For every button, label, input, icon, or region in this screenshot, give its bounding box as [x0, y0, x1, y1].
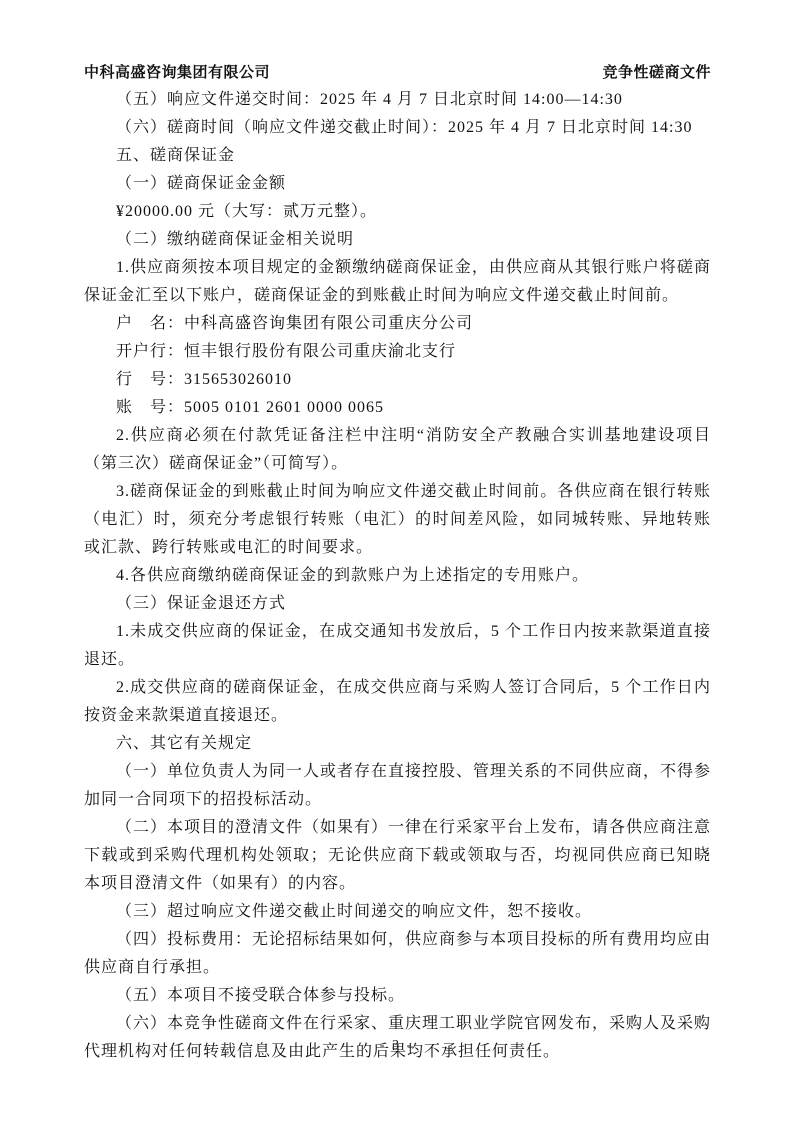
- para-deposit-payment-item-1: 1.供应商须按本项目规定的金额缴纳磋商保证金，由供应商从其银行账户将磋商保证金汇…: [84, 254, 711, 310]
- para-other-rule-5: （五）本项目不接受联合体参与投标。: [84, 982, 711, 1010]
- para-other-rule-4: （四）投标费用：无论招标结果如何，供应商参与本项目投标的所有费用均应由供应商自行…: [84, 926, 711, 982]
- heading-section-6-other-rules: 六、其它有关规定: [84, 730, 711, 758]
- para-refund-method-title: （三）保证金退还方式: [84, 590, 711, 618]
- document-page: 中科高盛咨询集团有限公司 竞争性磋商文件 （五）响应文件递交时间：2025 年 …: [0, 0, 793, 1122]
- para-refund-item-1: 1.未成交供应商的保证金，在成交通知书发放后，5 个工作日内按来款渠道直接退还。: [84, 618, 711, 674]
- para-other-rule-3: （三）超过响应文件递交截止时间递交的响应文件，恕不接收。: [84, 898, 711, 926]
- para-refund-item-2: 2.成交供应商的磋商保证金，在成交供应商与采购人签订合同后，5 个工作日内按资金…: [84, 674, 711, 730]
- para-deposit-payment-item-4: 4.各供应商缴纳磋商保证金的到款账户为上述指定的专用账户。: [84, 562, 711, 590]
- para-negotiation-time: （六）磋商时间（响应文件递交截止时间）：2025 年 4 月 7 日北京时间 1…: [84, 114, 711, 142]
- para-bank-branch-number: 行 号：315653026010: [84, 366, 711, 394]
- para-bank-name: 开户行：恒丰银行股份有限公司重庆渝北支行: [84, 338, 711, 366]
- para-account-number: 账 号：5005 0101 2601 0000 0065: [84, 394, 711, 422]
- para-deposit-payment-item-2: 2.供应商必须在付款凭证备注栏中注明“消防安全产教融合实训基地建设项目（第三次）…: [84, 422, 711, 478]
- header-doc-type: 竞争性磋商文件: [602, 61, 711, 82]
- para-response-submission-time: （五）响应文件递交时间：2025 年 4 月 7 日北京时间 14:00—14:…: [84, 86, 711, 114]
- page-number: - 3 -: [380, 1038, 413, 1053]
- page-header: 中科高盛咨询集团有限公司 竞争性磋商文件: [84, 61, 711, 82]
- para-other-rule-1: （一）单位负责人为同一人或者存在直接控股、管理关系的不同供应商，不得参加同一合同…: [84, 758, 711, 814]
- para-other-rule-2: （二）本项目的澄清文件（如果有）一律在行采家平台上发布，请各供应商注意下载或到采…: [84, 814, 711, 898]
- document-body: （五）响应文件递交时间：2025 年 4 月 7 日北京时间 14:00—14:…: [84, 86, 711, 1066]
- header-company-name: 中科高盛咨询集团有限公司: [84, 61, 270, 82]
- heading-section-5-deposit: 五、磋商保证金: [84, 142, 711, 170]
- para-deposit-amount-value: ¥20000.00 元（大写：贰万元整）。: [84, 198, 711, 226]
- para-deposit-payment-item-3: 3.磋商保证金的到账截止时间为响应文件递交截止时间前。各供应商在银行转账（电汇）…: [84, 478, 711, 562]
- page-footer: - 3 -: [0, 1038, 793, 1054]
- para-deposit-payment-title: （二）缴纳磋商保证金相关说明: [84, 226, 711, 254]
- para-deposit-amount-title: （一）磋商保证金金额: [84, 170, 711, 198]
- para-account-holder-name: 户 名：中科高盛咨询集团有限公司重庆分公司: [84, 310, 711, 338]
